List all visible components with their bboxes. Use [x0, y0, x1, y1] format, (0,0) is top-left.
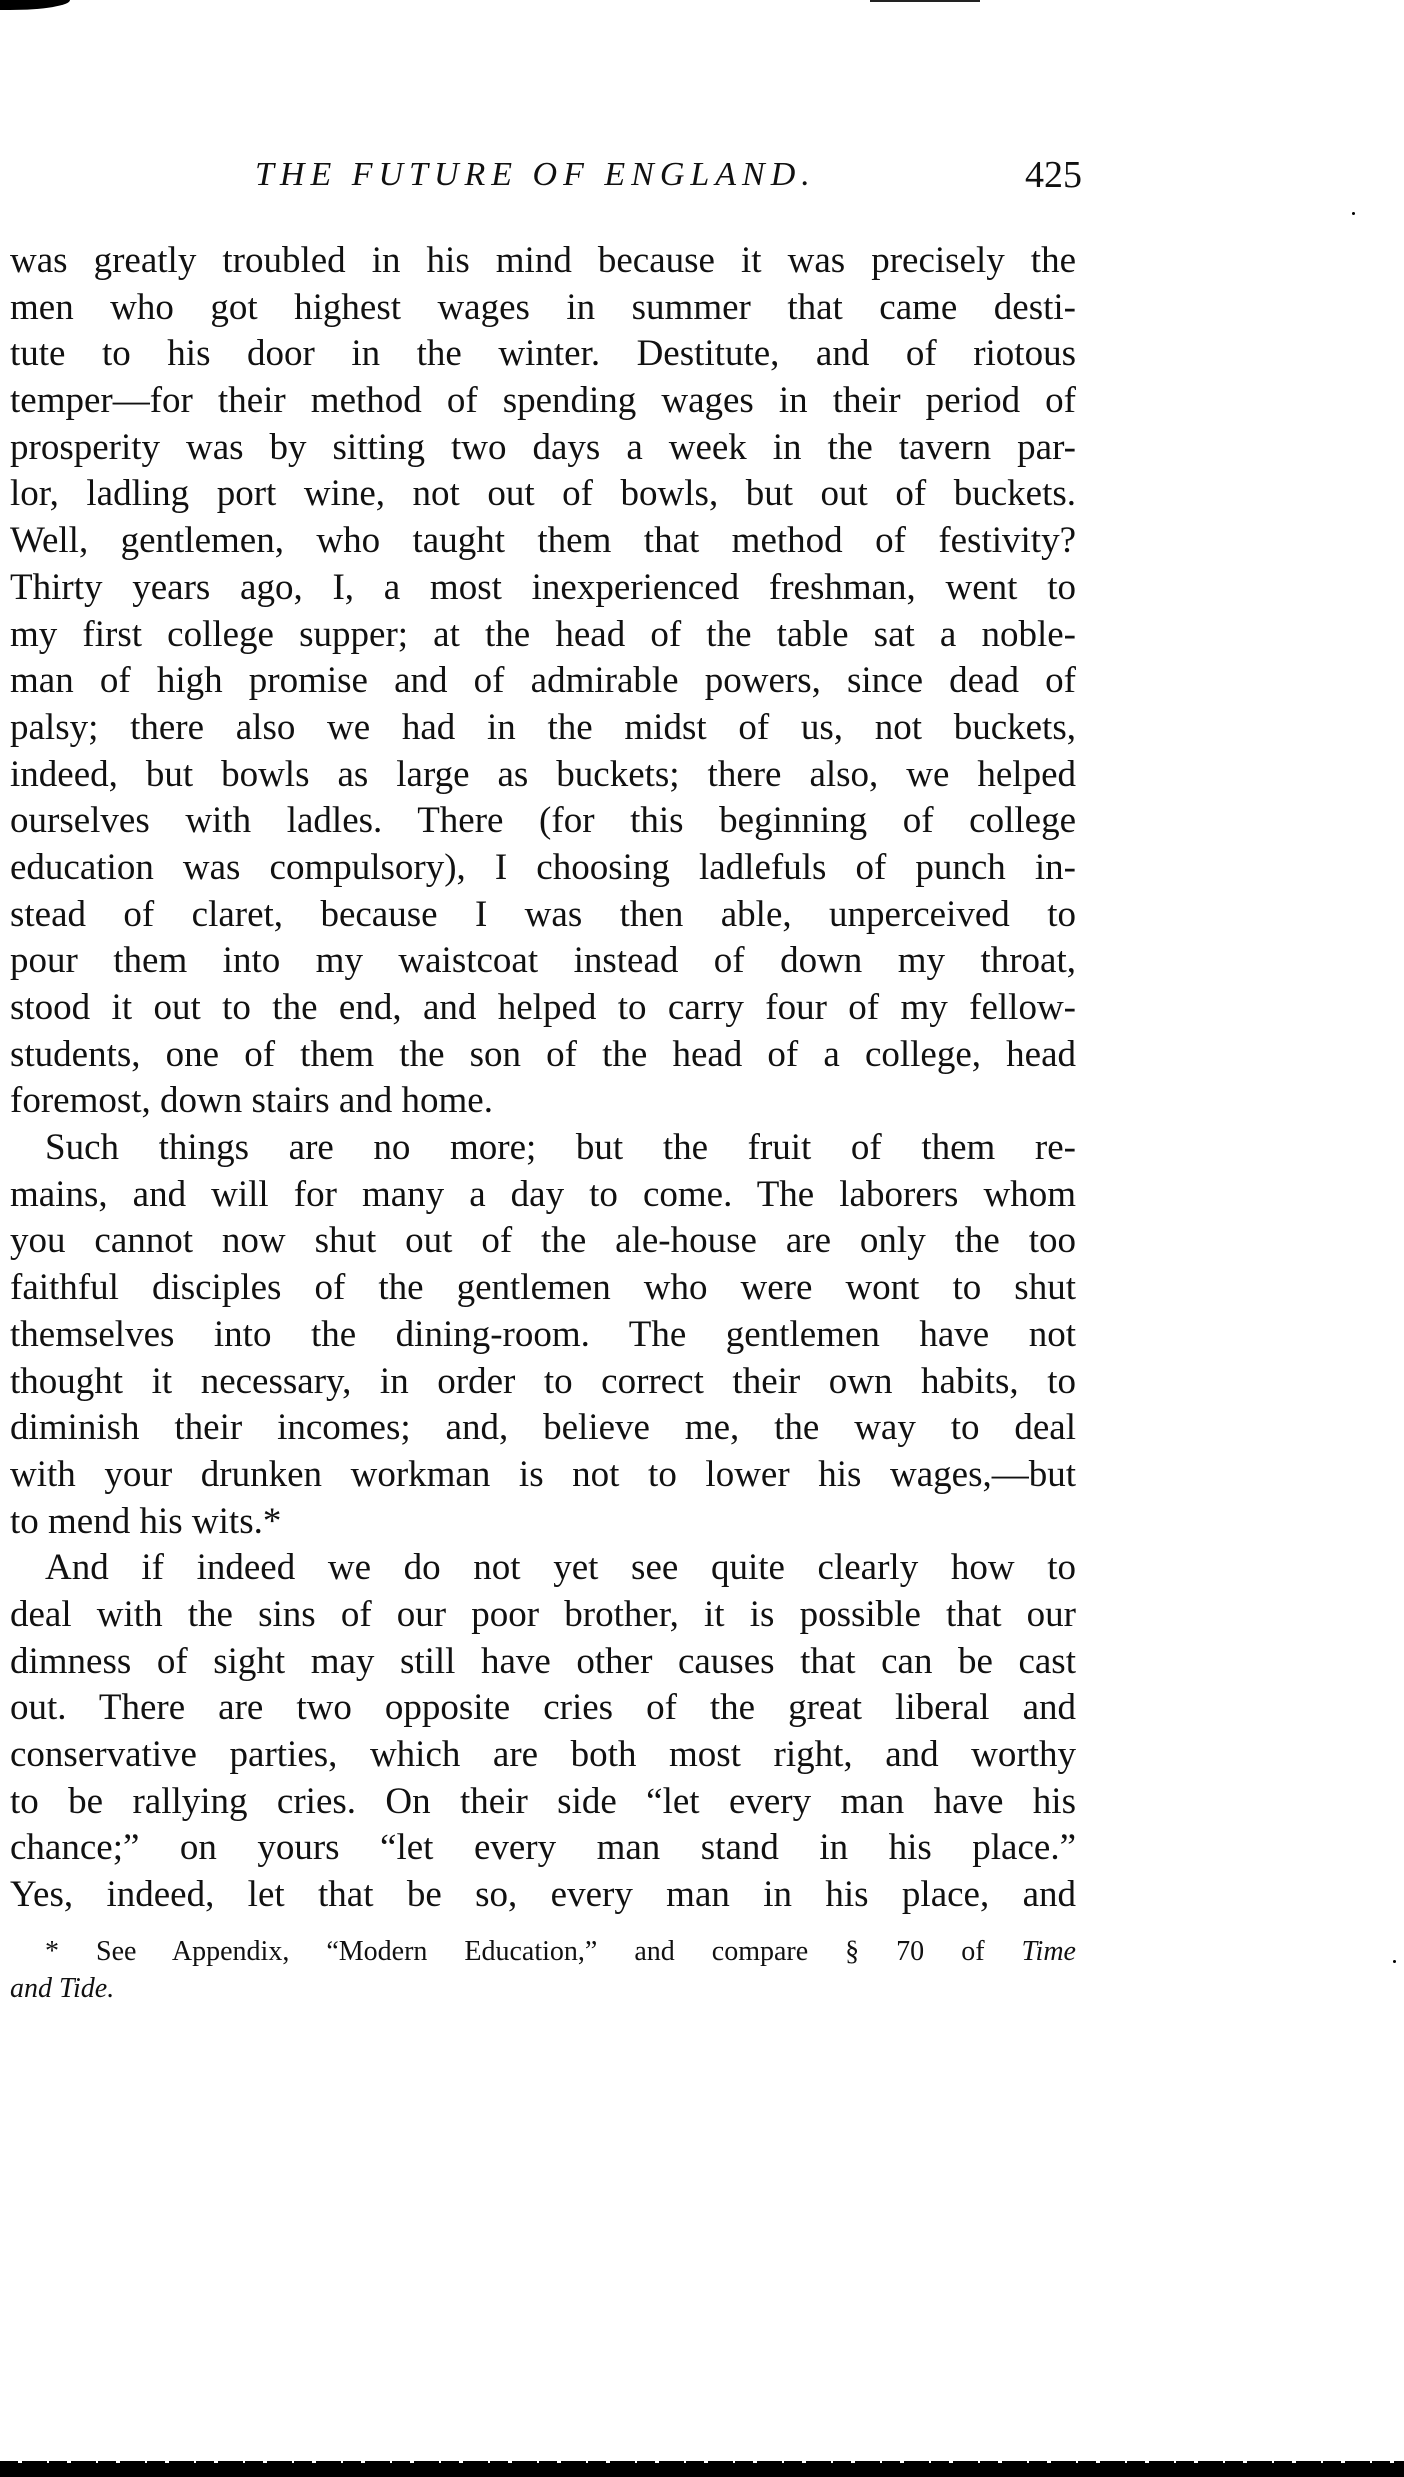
running-title: THE FUTURE OF ENGLAND.: [255, 150, 816, 200]
scan-speck: [1352, 212, 1355, 215]
text-line: thought it necessary, in order to correc…: [10, 1359, 1076, 1406]
text-line-paragraph-end: to mend his wits.*: [10, 1499, 1076, 1546]
text-line: indeed, but bowls as large as buckets; t…: [10, 752, 1076, 799]
text-line: education was compulsory), I choosing la…: [10, 845, 1076, 892]
scan-shadow-bottom: [0, 2463, 1404, 2477]
text-line: was greatly troubled in his mind because…: [10, 238, 1076, 285]
text-line: ourselves with ladles. There (for this b…: [10, 798, 1076, 845]
text-line: Yes, indeed, let that be so, every man i…: [10, 1872, 1076, 1919]
text-line-paragraph-start: Such things are no more; but the fruit o…: [10, 1125, 1076, 1172]
text-line: stood it out to the end, and helped to c…: [10, 985, 1076, 1032]
text-line-paragraph-end: foremost, down stairs and home.: [10, 1078, 1076, 1125]
scan-shadow-top-left: [0, 0, 70, 10]
text-line: temper—for their method of spending wage…: [10, 378, 1076, 425]
text-line: dimness of sight may still have other ca…: [10, 1639, 1076, 1686]
text-line: Thirty years ago, I, a most inexperience…: [10, 565, 1076, 612]
text-line: my first college supper; at the head of …: [10, 612, 1076, 659]
footnote-text: * See Appendix, “Modern Education,” and …: [45, 1936, 985, 1967]
footnote-line: and Tide.: [10, 1970, 1076, 2007]
text-line: to be rallying cries. On their side “let…: [10, 1779, 1076, 1826]
footnote-title-italic: and Tide.: [10, 1973, 114, 2004]
text-line: men who got highest wages in summer that…: [10, 285, 1076, 332]
text-line: chance;” on yours “let every man stand i…: [10, 1825, 1076, 1872]
text-line: prosperity was by sitting two days a wee…: [10, 425, 1076, 472]
text-line: you cannot now shut out of the ale-house…: [10, 1218, 1076, 1265]
text-line: diminish their incomes; and, believe me,…: [10, 1405, 1076, 1452]
text-line: man of high promise and of admirable pow…: [10, 658, 1076, 705]
text-line: palsy; there also we had in the midst of…: [10, 705, 1076, 752]
text-line: Well, gentlemen, who taught them that me…: [10, 518, 1076, 565]
footnote-line: * See Appendix, “Modern Education,” and …: [10, 1933, 1076, 1970]
text-line: mains, and will for many a day to come. …: [10, 1172, 1076, 1219]
scan-speck: [1393, 1960, 1396, 1963]
text-line: with your drunken workman is not to lowe…: [10, 1452, 1076, 1499]
text-line: deal with the sins of our poor brother, …: [10, 1592, 1076, 1639]
running-head: THE FUTURE OF ENGLAND. 425: [0, 150, 1404, 200]
text-line: lor, ladling port wine, not out of bowls…: [10, 471, 1076, 518]
scan-mark-top: [870, 0, 980, 2]
page-number: 425: [1010, 150, 1082, 200]
footnote: * See Appendix, “Modern Education,” and …: [10, 1933, 1076, 2007]
text-line: stead of claret, because I was then able…: [10, 892, 1076, 939]
text-line: out. There are two opposite cries of the…: [10, 1685, 1076, 1732]
text-line: faithful disciples of the gentlemen who …: [10, 1265, 1076, 1312]
footnote-title-italic: Time: [1022, 1936, 1076, 1967]
text-line: pour them into my waistcoat instead of d…: [10, 938, 1076, 985]
text-line: tute to his door in the winter. Destitut…: [10, 331, 1076, 378]
text-line: students, one of them the son of the hea…: [10, 1032, 1076, 1079]
text-line: themselves into the dining-room. The gen…: [10, 1312, 1076, 1359]
body-text: was greatly troubled in his mind because…: [10, 238, 1076, 1919]
text-line: conservative parties, which are both mos…: [10, 1732, 1076, 1779]
text-line-paragraph-start: And if indeed we do not yet see quite cl…: [10, 1545, 1076, 1592]
